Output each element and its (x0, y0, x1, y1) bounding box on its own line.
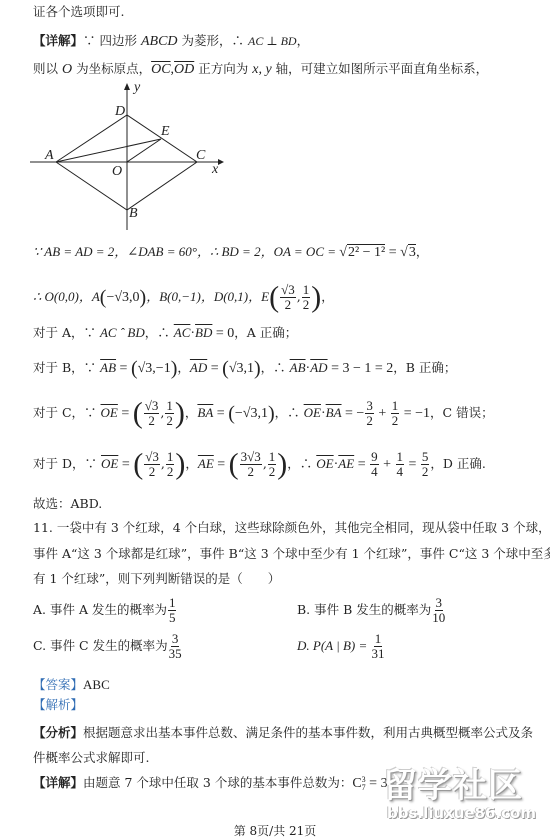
numerator: 1 (302, 283, 311, 298)
paren: ) (311, 281, 321, 314)
detail-rhombus-line: 【详解】∵ 四边形 ABCD 为菱形，∴ AC ⊥ BD， (33, 33, 309, 50)
coordinates-line: ∴ O(0,0)，A(−√3,0)，B(0,−1)，D(0,1)，E(√32,1… (33, 281, 334, 314)
vector-ba: BA (326, 405, 342, 420)
text: ， (297, 33, 310, 48)
vector-ad: AD (310, 360, 327, 375)
text: = − (342, 406, 365, 421)
paren: ) (175, 448, 185, 481)
fraction: 14 (396, 450, 405, 479)
fraction: 12 (268, 450, 277, 479)
analysis-label: 【解析】 (33, 697, 83, 712)
vector-oc: OC (151, 62, 170, 77)
point-label-e: E (161, 124, 170, 140)
option-text: A. 事件 A 发生的概率为 (33, 602, 167, 617)
fraction: 15 (168, 596, 177, 625)
numerator: √3 (144, 450, 160, 465)
question-text: 事件 A“这 3 个球都是红球”，事件 B“这 3 个球中至少有 1 个红球”，… (33, 546, 550, 561)
answer-line: 【答案】ABC (33, 677, 110, 693)
numerator: √3 (144, 399, 160, 414)
paren: ) (254, 358, 261, 380)
paren: ) (277, 448, 287, 481)
final-choice: 故选：ABD. (33, 496, 102, 512)
text: ， (321, 289, 334, 304)
detail-line: 【详解】由题意 7 个球中任取 3 个球的基本事件总数为：C37 = 35 (33, 775, 395, 792)
text: 轴，可建立如图所示平面直角坐标系， (272, 61, 488, 76)
text: = (207, 361, 222, 376)
option-text: D. P(A | B) = (297, 638, 370, 653)
text: ，A 正确； (234, 325, 297, 340)
check-option-b: 对于 B，∵ AB = (√3,−1)，AD = (√3,1)，∴ AB·AD … (33, 357, 456, 380)
denominator: 4 (397, 465, 404, 479)
numerator: 1 (168, 596, 177, 611)
denominator: 5 (169, 611, 176, 625)
text: 对于 C，∵ (33, 405, 101, 420)
watermark-logo: 留学社区 bbs.liuxue86.com (383, 766, 528, 826)
page-number: 第 8页/共 21页 (234, 824, 317, 838)
math-xy: x, y (252, 62, 271, 77)
math-abcd: ABCD (141, 34, 178, 49)
paren: ( (229, 448, 239, 481)
denominator: 2 (392, 414, 399, 428)
numerator: 9 (370, 450, 379, 465)
text: ∵ 四边形 (83, 33, 141, 48)
coordinate-setup-line: 则以 O 为坐标原点，OC,OD 正方向为 x, y 轴，可建立如图所示平面直角… (33, 61, 488, 78)
numerator: 1 (391, 399, 400, 414)
math: AC ˆ BD (100, 325, 145, 340)
answer-value: ABC (83, 677, 110, 692)
analysis-text: 件概率公式求解即可. (33, 750, 149, 765)
coords-text: ∴ O(0,0)，A (33, 289, 100, 304)
text: = 0 (212, 326, 234, 341)
coords-text: ，B(0,−1)，D(0,1)，E (146, 289, 269, 304)
denominator: 2 (247, 465, 254, 479)
fraction: 310 (432, 596, 445, 625)
text: = (116, 361, 131, 376)
numerator: 3 (171, 632, 180, 647)
radicand: 3 (408, 244, 416, 260)
continuation-text: 证各个选项即可. (33, 4, 124, 19)
text: 对于 D，∵ (33, 456, 101, 471)
numerator: 1 (396, 450, 405, 465)
point-label-c: C (196, 148, 205, 164)
numerator: 1 (165, 399, 174, 414)
analysis-line-1: 【分析】根据题意求出基本事件总数、满足条件的基本事件数，利用古典概型概率公式及条 (33, 725, 533, 741)
vector-oe: OE (101, 405, 118, 420)
denominator: 2 (149, 465, 156, 479)
page-footer: 第 8页/共 21页 (0, 822, 550, 838)
combination-c: C (352, 776, 361, 791)
option-text: C. 事件 C 发生的概率为 (33, 638, 168, 653)
math-perpendicular: AC ⊥ BD (248, 34, 297, 48)
value: √3,1 (229, 361, 254, 376)
text: ， (416, 244, 429, 259)
fraction: 3√32 (240, 450, 262, 479)
numerator: 1 (374, 632, 383, 647)
denominator: 2 (422, 465, 429, 479)
text: 则以 (33, 61, 62, 76)
vector-ae: AE (198, 456, 214, 471)
value: −√3,1 (235, 406, 268, 421)
fraction: 32 (365, 399, 374, 428)
denominator: 10 (432, 611, 445, 625)
detail-label: 【详解】 (33, 775, 83, 790)
text: + (375, 406, 390, 421)
text: 为坐标原点， (72, 61, 151, 76)
text: ，∴ (287, 456, 316, 471)
point-label-b: B (129, 206, 138, 222)
paren: ( (228, 403, 235, 425)
paren: ( (131, 358, 138, 380)
vector-ab: AB (100, 360, 116, 375)
numerator: 3 (365, 399, 374, 414)
sqrt-3: √3 (400, 244, 416, 260)
text: ，∴ (275, 405, 304, 420)
denominator: 2 (366, 414, 373, 428)
text-line-continuation: 证各个选项即可. (33, 4, 124, 20)
analysis-text: 根据题意求出基本事件总数、满足条件的基本事件数，利用古典概型概率公式及条 (83, 725, 533, 740)
text: ， (177, 360, 190, 375)
fraction: 12 (166, 450, 175, 479)
fraction: 12 (302, 283, 311, 312)
numerator: 1 (268, 450, 277, 465)
result: = 3 − 1 = 2 (328, 361, 394, 376)
fraction: 335 (169, 632, 182, 661)
value: √3,−1 (138, 361, 171, 376)
fraction: 12 (391, 399, 400, 428)
denominator: 35 (169, 647, 182, 661)
paren: ( (269, 281, 279, 314)
axis-label-x: x (212, 162, 218, 178)
vector-ac: AC (174, 325, 191, 340)
point-label-o: O (112, 164, 122, 180)
fraction: √32 (144, 399, 160, 428)
text: ，∴ (145, 325, 174, 340)
option-c: C. 事件 C 发生的概率为335 (33, 632, 183, 661)
vector-ab: AB (290, 360, 306, 375)
vector-oe: OE (304, 405, 321, 420)
axis-label-y: y (134, 80, 140, 96)
vector-ba: BA (197, 405, 213, 420)
question-text: 有 1 个红球”，则下列判断错误的是（ ） (33, 571, 280, 586)
option-d: D. P(A | B) = 131 (297, 632, 385, 661)
question-11-line-1: 11. 一袋中有 3 个红球，4 个白球，这些球除颜色外，其他完全相同，现从袋中… (33, 520, 550, 536)
text: + (380, 457, 395, 472)
text: 对于 A，∵ (33, 325, 100, 340)
radicand: 2² − 1² (347, 244, 385, 260)
text: 正方向为 (194, 61, 252, 76)
analysis-sub-label: 【分析】 (33, 725, 83, 740)
given-values-line: ∵ AB = AD = 2，∠DAB = 60°，∴ BD = 2，OA = O… (33, 244, 428, 261)
check-option-c: 对于 C，∵ OE = (√32,12)，BA = (−√3,1)，∴ OE·B… (33, 397, 494, 430)
vector-od: OD (174, 62, 194, 77)
text: 为菱形，∴ (178, 33, 248, 48)
denominator: 4 (371, 465, 378, 479)
math-o: O (62, 62, 72, 77)
text: ，∴ (261, 360, 290, 375)
answer-label: 【答案】 (33, 677, 83, 692)
option-b: B. 事件 B 发生的概率为310 (297, 596, 446, 625)
text: = (118, 406, 133, 421)
numerator: 3 (435, 596, 444, 611)
question-11-line-3: 有 1 个红球”，则下列判断错误的是（ ） (33, 571, 280, 587)
sqrt-expression: √2² − 1² (339, 244, 385, 260)
vector-ae: AE (338, 456, 354, 471)
text: ，B 正确； (393, 360, 456, 375)
numerator: √3 (280, 283, 296, 298)
point-label-a: A (45, 148, 54, 164)
result: = −1 (400, 406, 430, 421)
fraction: 12 (165, 399, 174, 428)
paren: ( (222, 358, 229, 380)
fraction: √32 (144, 450, 160, 479)
denominator: 2 (269, 465, 276, 479)
fraction: 94 (370, 450, 379, 479)
analysis-line-2: 件概率公式求解即可. (33, 750, 149, 766)
fraction: √32 (280, 283, 296, 312)
analysis-heading: 【解析】 (33, 697, 83, 713)
detail-text: 由题意 7 个球中任取 3 个球的基本事件总数为： (83, 775, 352, 790)
rhombus-coordinate-diagram: y x D E A C O B (30, 82, 230, 232)
text: ，D 正确. (430, 456, 485, 471)
text: 对于 B，∵ (33, 360, 100, 375)
paren: ) (175, 397, 185, 430)
detail-label: 【详解】 (33, 33, 83, 48)
fraction: 52 (421, 450, 430, 479)
numerator: 1 (166, 450, 175, 465)
denominator: 2 (166, 414, 173, 428)
point-label-d: D (115, 104, 125, 120)
numerator: 3√3 (240, 450, 262, 465)
question-11-line-2: 事件 A“这 3 个球都是红球”，事件 B“这 3 个球中至少有 1 个红球”，… (33, 546, 550, 562)
choice-text: 故选：ABD. (33, 496, 102, 511)
check-option-a: 对于 A，∵ AC ˆ BD，∴ AC·BD = 0，A 正确； (33, 325, 297, 342)
coord-a-value: −√3,0 (106, 290, 139, 305)
denominator: 2 (303, 298, 310, 312)
vector-oe: OE (101, 456, 118, 471)
check-option-d: 对于 D，∵ OE = (√32,12)，AE = (3√32,12)，∴ OE… (33, 448, 486, 481)
denominator: 2 (167, 465, 174, 479)
denominator: 2 (285, 298, 292, 312)
vector-ad: AD (190, 360, 207, 375)
option-a: A. 事件 A 发生的概率为15 (33, 596, 177, 625)
text: = (385, 245, 400, 260)
vector-bd: BD (195, 325, 212, 340)
question-text: 11. 一袋中有 3 个红球，4 个白球，这些球除颜色外，其他完全相同，现从袋中… (33, 520, 550, 535)
denominator: 31 (371, 647, 384, 661)
option-text: B. 事件 B 发生的概率为 (297, 602, 431, 617)
numerator: 5 (421, 450, 430, 465)
watermark-url: bbs.liuxue86.com (387, 804, 536, 822)
watermark-title: 留学社区 (383, 766, 523, 806)
paren: ( (133, 448, 143, 481)
text: ，C 错误； (430, 405, 494, 420)
paren: ( (133, 397, 143, 430)
paren: ) (268, 403, 275, 425)
text: = (118, 457, 133, 472)
denominator: 2 (148, 414, 155, 428)
fraction: 131 (371, 632, 384, 661)
vector-oe: OE (316, 456, 333, 471)
given-text: ∵ AB = AD = 2，∠DAB = 60°，∴ BD = 2，OA = O… (33, 244, 339, 259)
